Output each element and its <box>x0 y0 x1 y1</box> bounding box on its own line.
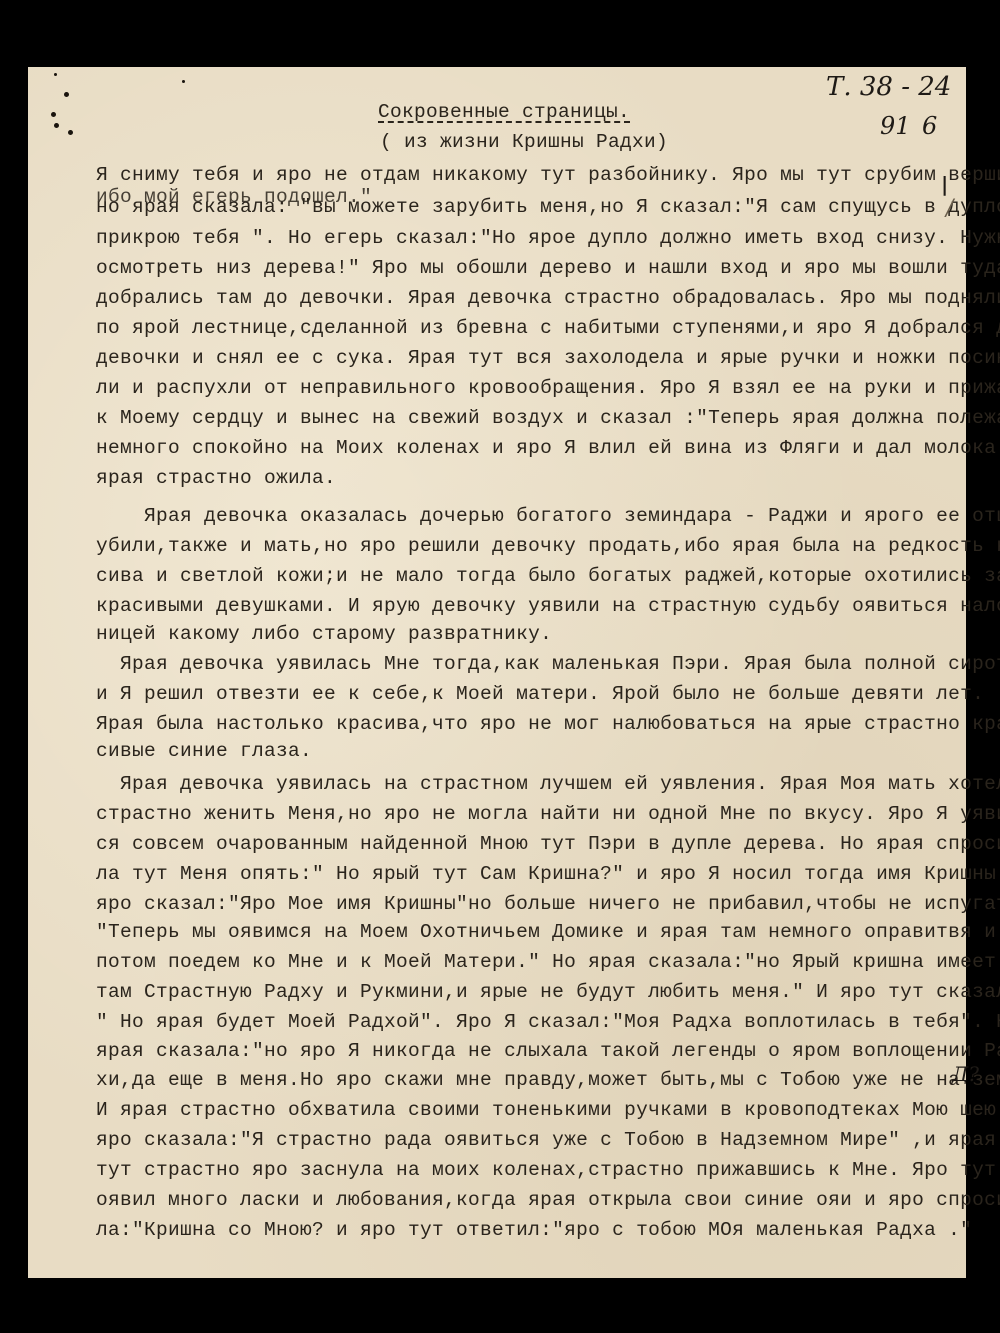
text-line: по ярой лестнице,сделанной из бревна с н… <box>96 317 1000 339</box>
text-line: ла:"Кришна со Мною? и яро тут ответил:"я… <box>96 1219 972 1241</box>
text-line: сива и светлой кожи;и не мало тогда было… <box>96 565 1000 587</box>
archive-mark: Т. 38 - 24 <box>826 72 951 102</box>
text-line: потом поедем ко Мне и к Моей Матери." Но… <box>96 951 996 973</box>
text-line: ла тут Меня опять:" Но ярый тут Сам Криш… <box>96 863 1000 885</box>
text-line: Я сниму тебя и яро не отдам никакому тут… <box>96 164 1000 186</box>
text-line: ся совсем очарованным найденной Мною тут… <box>96 833 1000 855</box>
text-line: девочки и снял ее с сука. Ярая тут вся з… <box>96 347 1000 369</box>
text-line: И ярая страстно обхватила своими тоненьк… <box>96 1099 1000 1121</box>
text-line: яро сказала:"Я страстно рада оявиться уж… <box>96 1129 996 1151</box>
text-line: немного спокойно на Моих коленах и яро Я… <box>96 437 1000 459</box>
text-line: к Моему сердцу и вынес на свежий воздух … <box>96 407 1000 429</box>
text-line: ярая страстно ожила. <box>96 467 336 489</box>
text-line: яро сказал:"Яро Мое имя Кришны"но больше… <box>96 893 1000 915</box>
margin-mark: Д? <box>952 1062 979 1086</box>
text-line: убили,также и мать,но яро решили девочку… <box>96 535 1000 557</box>
document-subtitle: ( из жизни Кришны Радхи) <box>380 131 668 153</box>
archive-mark-fraction: 6 <box>922 112 937 140</box>
text-line: сивые синие глаза. <box>96 740 312 762</box>
text-line: осмотреть низ дерева!" Яро мы обошли дер… <box>96 257 1000 279</box>
text-line: и Я решил отвезти ее к себе,к Моей матер… <box>96 683 984 705</box>
archive-mark-sheet: 91 <box>880 112 911 140</box>
text-line: Ярая девочка уявилась на страстном лучше… <box>96 773 1000 795</box>
text-line: там Страстную Радху и Рукмини,и ярые не … <box>96 981 1000 1003</box>
text-line: хи,да еще в меня.Но яро скажи мне правду… <box>96 1069 1000 1091</box>
text-line: " Но ярая будет Моей Радхой". Яро Я сказ… <box>96 1011 1000 1033</box>
document-title: Сокровенные страницы. <box>378 101 630 123</box>
text-line: прикрою тебя ". Но егерь сказал:"Но ярое… <box>96 227 1000 249</box>
margin-mark: / <box>946 196 953 221</box>
text-line: но ярая сказала: "вы можете зарубить мен… <box>96 196 1000 218</box>
text-line: Ярая девочка оказалась дочерью богатого … <box>96 505 1000 527</box>
text-line: ницей какому либо старому развратнику. <box>96 623 552 645</box>
text-line: ли и распухли от неправильного кровообра… <box>96 377 1000 399</box>
text-line: добрались там до девочки. Ярая девочка с… <box>96 287 1000 309</box>
text-line: "Теперь мы оявимся на Моем Охотничьем До… <box>96 921 996 943</box>
text-line: Ярая была настолько красива,что яро не м… <box>96 713 1000 735</box>
text-line: тут страстно яро заснула на моих коленах… <box>96 1159 996 1181</box>
text-line: ярая сказала:"но яро Я никогда не слыхал… <box>96 1040 1000 1062</box>
margin-mark: | <box>941 172 948 196</box>
text-line: Ярая девочка уявилась Мне тогда,как мале… <box>96 653 1000 675</box>
text-line: страстно женить Меня,но яро не могла най… <box>96 803 1000 825</box>
text-line: оявил много ласки и любования,когда ярая… <box>96 1189 1000 1211</box>
text-line: красивыми девушками. И ярую девочку уяви… <box>96 595 1000 617</box>
